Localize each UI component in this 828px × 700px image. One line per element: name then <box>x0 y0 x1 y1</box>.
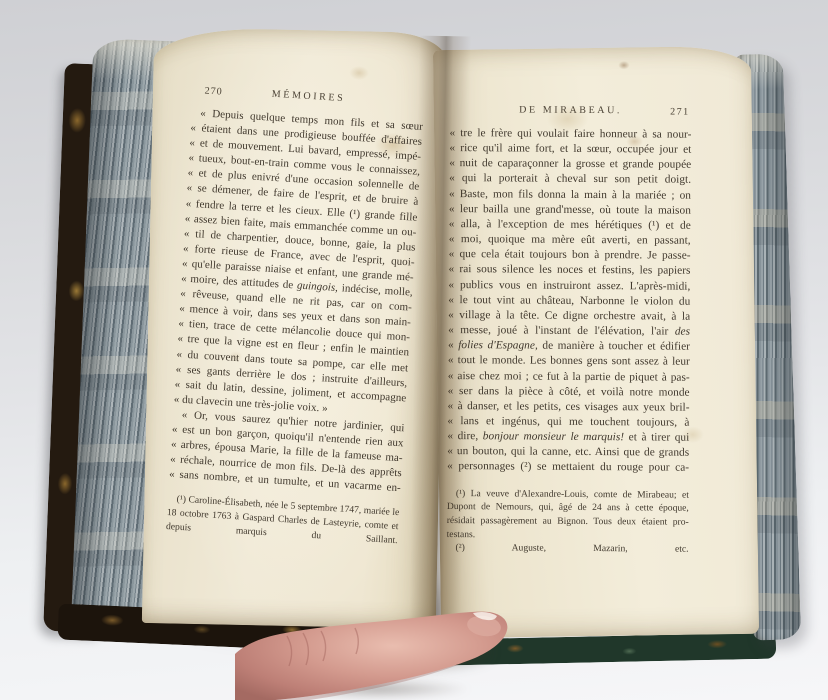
text-line: « aise chez moi ; ce fut à la partie de … <box>448 369 690 386</box>
left-page-content: 270 MÉMOIRES « Depuis quelque temps mon … <box>166 84 425 548</box>
text-line: « que cela était toujours bon à prendre.… <box>449 247 691 264</box>
text-line: « qui la porterait à cheval sur son peti… <box>449 171 691 188</box>
text-line: « à danser, et les petits, ces visages a… <box>447 399 689 416</box>
right-footnote: (¹) La veuve d'Alexandre-Louis, comte de… <box>447 487 689 557</box>
right-page-header: DE MIRABEAU. 271 <box>450 104 692 122</box>
right-text-block: « tre le frère qui voulait faire honneur… <box>447 126 691 476</box>
text-line: « le tout vint au château, Narbonne le v… <box>448 293 690 310</box>
text-line: « rai sous silence les noces et festins,… <box>448 262 690 279</box>
text-line: « tout le monde. Les bonnes gens sont as… <box>448 353 690 370</box>
right-page-number: 271 <box>670 107 690 118</box>
text-line: « un bouton, qui la canne, etc. Ainsi qu… <box>447 444 689 461</box>
text-line: « tre le frère qui voulait faire honneur… <box>449 126 691 143</box>
text-line: « leur bailla une grand'messe, où toute … <box>449 202 691 219</box>
right-page: DE MIRABEAU. 271 « tre le frère qui voul… <box>433 46 759 638</box>
text-line: « nuit de caparaçonner la grosse et gran… <box>449 156 691 173</box>
footnote-line: résidait passagèrement au Bignon. Tous d… <box>447 514 689 529</box>
text-line: « personnages (²) se mettaient du rouge … <box>447 459 689 476</box>
text-line: « folies d'Espagne, de manière à toucher… <box>448 338 690 355</box>
left-page-number: 270 <box>204 86 223 98</box>
right-running-title: DE MIRABEAU. <box>519 105 622 117</box>
text-line: « Baste, mon fils donna la main à la mar… <box>449 187 691 204</box>
thumb-graphic <box>235 582 525 700</box>
left-page: 270 MÉMOIRES « Depuis quelque temps mon … <box>142 27 448 629</box>
left-footnote: (¹) Caroline-Élisabeth, née le 5 septemb… <box>166 492 400 547</box>
text-line: « lans et ingénus, qui me touchent toujo… <box>447 414 689 431</box>
text-line: « alla, à l'exception de mes hérétiques … <box>449 217 691 234</box>
text-line: « moi, quoique ma mère eût averti, en pa… <box>449 232 691 249</box>
text-line: « village à la tête. Ce digne orchestre … <box>448 308 690 325</box>
text-line: « ser dans la pièce à côté, et voilà not… <box>448 384 690 401</box>
text-line: « publics vous en instruiront assez. L'a… <box>448 278 690 295</box>
left-running-title: MÉMOIRES <box>271 89 345 104</box>
right-page-content: DE MIRABEAU. 271 « tre le frère qui voul… <box>447 104 692 557</box>
photo: 270 MÉMOIRES « Depuis quelque temps mon … <box>0 0 828 700</box>
footnote-line: (²) Auguste, Mazarin, etc. <box>447 541 689 556</box>
text-line: « dire, bonjour monsieur le marquis! et … <box>447 429 689 446</box>
text-line: « rice qu'il aime fort, et la sœur, occu… <box>449 141 691 158</box>
left-text-block: « Depuis quelque temps mon fils et sa sœ… <box>169 106 424 497</box>
text-line: « messe, joué à l'instant de l'élévation… <box>448 323 690 340</box>
